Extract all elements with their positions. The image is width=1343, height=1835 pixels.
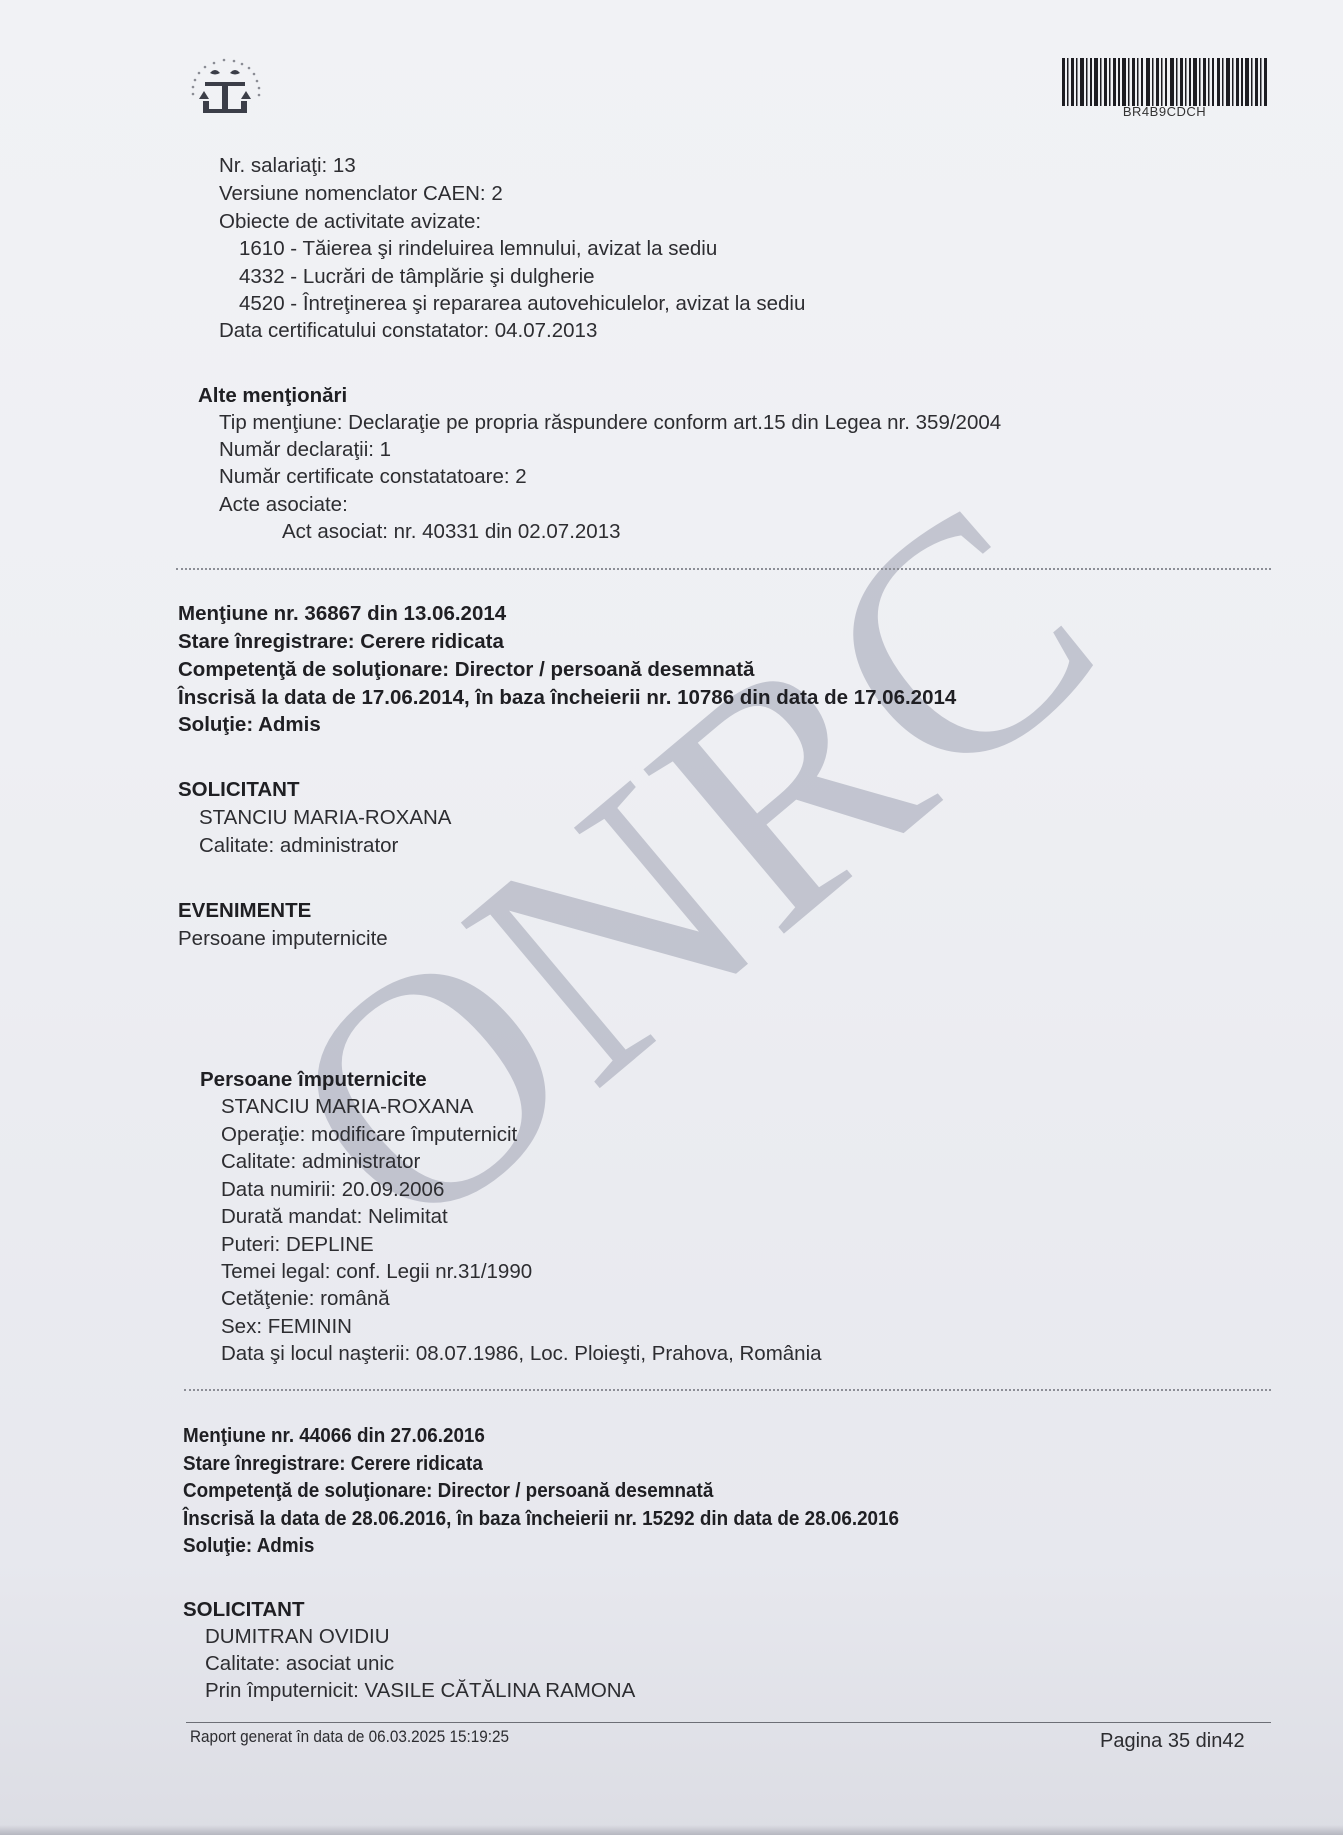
- powers: Puteri: DEPLINE: [221, 1231, 374, 1259]
- page-edge: [0, 1825, 1343, 1835]
- declarations-count: Număr declaraţii: 1: [219, 436, 391, 464]
- activity-item: 1610 - Tăierea şi rindeluirea lemnului, …: [239, 235, 717, 263]
- mention-type: Tip menţiune: Declaraţie pe propria răsp…: [219, 409, 1001, 437]
- mention-title: Menţiune nr. 44066 din 27.06.2016: [183, 1422, 485, 1450]
- competence: Competenţă de soluţionare: Director / pe…: [178, 656, 754, 684]
- other-mentions-title: Alte menţionări: [198, 382, 347, 410]
- applicant-name: STANCIU MARIA-ROXANA: [199, 804, 451, 832]
- report-generated: Raport generat în data de 06.03.2025 15:…: [190, 1727, 509, 1747]
- appointment-date: Data numirii: 20.09.2006: [221, 1176, 444, 1204]
- legal-basis: Temei legal: conf. Legii nr.31/1990: [221, 1258, 532, 1286]
- mandate-duration: Durată mandat: Nelimitat: [221, 1203, 448, 1231]
- applicant-representative: Prin împuternicit: VASILE CĂTĂLINA RAMON…: [205, 1677, 635, 1705]
- applicant-name: DUMITRAN OVIDIU: [205, 1623, 390, 1651]
- citizenship: Cetăţenie: română: [221, 1285, 390, 1313]
- events-subheading: Persoane imputernicite: [178, 925, 388, 953]
- solution: Soluţie: Admis: [183, 1532, 314, 1560]
- associated-acts-label: Acte asociate:: [219, 491, 348, 519]
- barcode: [1062, 58, 1267, 106]
- section-divider: [184, 1389, 1271, 1391]
- scales-of-justice-icon: [172, 55, 282, 135]
- activity-item: 4520 - Întreţinerea şi repararea autoveh…: [239, 290, 805, 318]
- employees-count: Nr. salariaţi: 13: [219, 152, 356, 180]
- applicant-heading: SOLICITANT: [178, 776, 299, 804]
- authorized-heading: Persoane împuternicite: [200, 1066, 427, 1094]
- events-heading: EVENIMENTE: [178, 897, 311, 925]
- sex: Sex: FEMININ: [221, 1313, 352, 1341]
- activity-item: 4332 - Lucrări de tâmplărie şi dulgherie: [239, 263, 595, 291]
- birth-info: Data şi locul naşterii: 08.07.1986, Loc.…: [221, 1340, 822, 1368]
- registration-status: Stare înregistrare: Cerere ridicata: [178, 628, 504, 656]
- authorized-name: STANCIU MARIA-ROXANA: [221, 1093, 473, 1121]
- page-number: Pagina 35 din42: [1100, 1730, 1245, 1753]
- activities-label: Obiecte de activitate avizate:: [219, 208, 481, 236]
- associated-act: Act asociat: nr. 40331 din 02.07.2013: [282, 518, 621, 546]
- authorized-operation: Operaţie: modificare împuternicit: [221, 1121, 517, 1149]
- authorized-quality: Calitate: administrator: [221, 1148, 420, 1176]
- applicant-heading: SOLICITANT: [183, 1596, 304, 1624]
- certificates-count: Număr certificate constatatoare: 2: [219, 463, 527, 491]
- registration-status: Stare înregistrare: Cerere ridicata: [183, 1450, 483, 1478]
- registration-info: Înscrisă la data de 28.06.2016, în baza …: [183, 1505, 899, 1533]
- caen-version: Versiune nomenclator CAEN: 2: [219, 180, 503, 208]
- applicant-quality: Calitate: administrator: [199, 832, 398, 860]
- section-divider: [176, 568, 1271, 570]
- certificate-date: Data certificatului constatator: 04.07.2…: [219, 317, 597, 345]
- footer-rule: [186, 1722, 1271, 1723]
- mention-title: Menţiune nr. 36867 din 13.06.2014: [178, 600, 506, 628]
- barcode-code: BR4B9CDCH: [1062, 104, 1267, 119]
- competence: Competenţă de soluţionare: Director / pe…: [183, 1477, 713, 1505]
- registration-info: Înscrisă la data de 17.06.2014, în baza …: [178, 684, 956, 712]
- applicant-quality: Calitate: asociat unic: [205, 1650, 394, 1678]
- solution: Soluţie: Admis: [178, 711, 321, 739]
